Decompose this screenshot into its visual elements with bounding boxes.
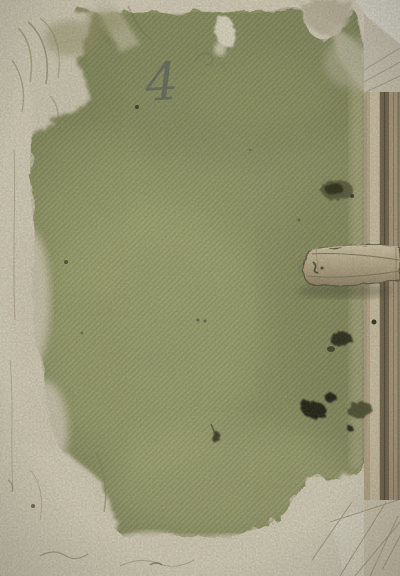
book-cover-photo: 4 bbox=[0, 0, 400, 576]
vignette bbox=[0, 0, 400, 576]
book-cover-canvas: 4 bbox=[0, 0, 400, 576]
